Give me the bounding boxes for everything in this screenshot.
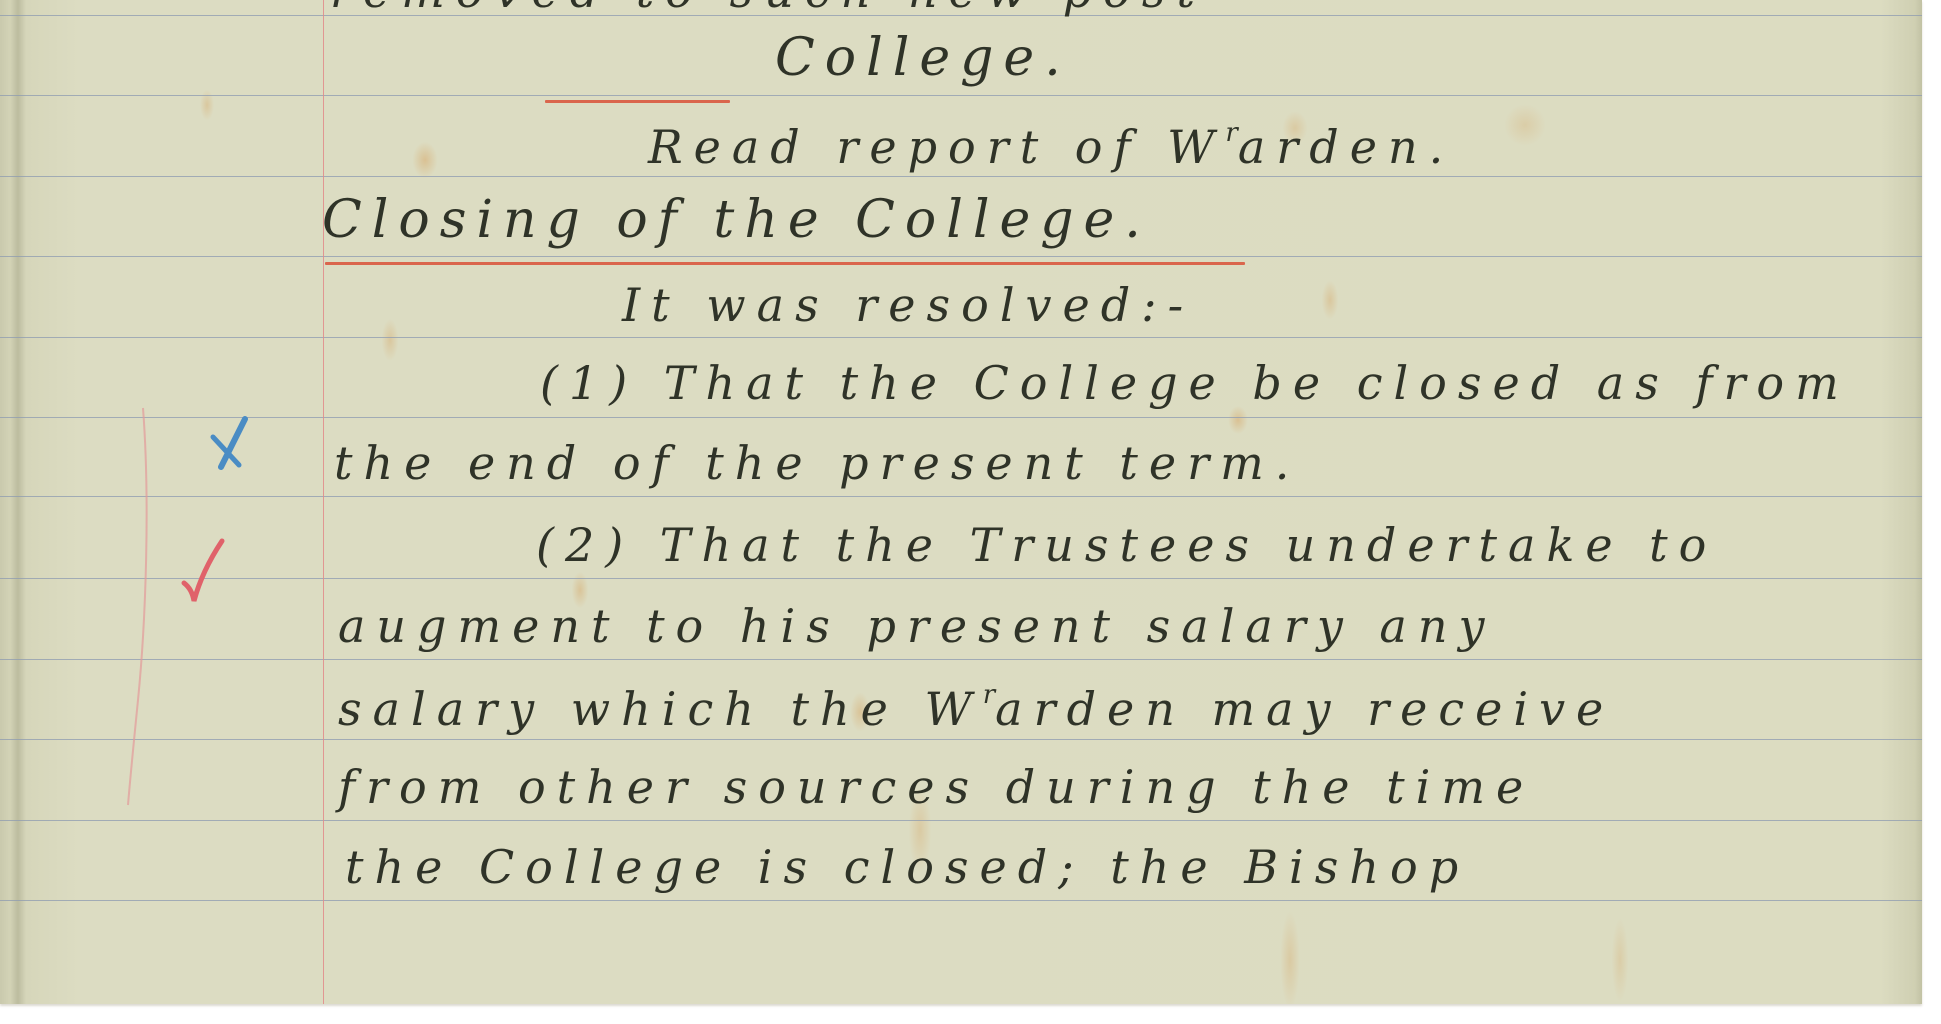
carryover-line: removed to such new post	[330, 0, 1206, 18]
read-report-text: Read report of W	[648, 120, 1225, 174]
red-margin-line	[323, 0, 324, 1004]
red-check-mark-icon	[180, 535, 230, 605]
superscript-r: r	[1225, 118, 1237, 148]
resolution-2-line-5: the College is closed; the Bishop	[345, 840, 1469, 894]
resolution-2-line-3-text-end: arden may receive	[995, 682, 1614, 736]
resolution-2-line-1: (2) That the Trustees undertake to	[536, 518, 1717, 572]
blue-cross-mark-icon	[205, 415, 255, 475]
ledger-page: removed to such new post College. Read r…	[0, 0, 1922, 1004]
resolution-2-line-3-text: salary which the W	[338, 682, 983, 736]
red-pencil-margin-line	[0, 0, 300, 1004]
subheading-underline	[325, 262, 1245, 265]
superscript-r: r	[983, 680, 995, 710]
heading-college: College.	[775, 28, 1071, 88]
resolution-1-line-2: the end of the present term.	[334, 436, 1300, 490]
heading-underline	[545, 100, 730, 103]
resolution-1-line-1: (1) That the College be closed as from	[540, 356, 1850, 410]
read-report-line: Read report of Wrarden.	[648, 118, 1454, 174]
resolution-2-line-3: salary which the Wrarden may receive	[338, 680, 1614, 736]
resolution-2-line-2: augment to his present salary any	[338, 599, 1495, 653]
resolved-line: It was resolved:-	[622, 278, 1194, 332]
resolution-2-line-4: from other sources during the time	[338, 760, 1534, 814]
subheading-closing: Closing of the College.	[322, 190, 1151, 250]
read-report-text-end: arden.	[1238, 120, 1454, 174]
